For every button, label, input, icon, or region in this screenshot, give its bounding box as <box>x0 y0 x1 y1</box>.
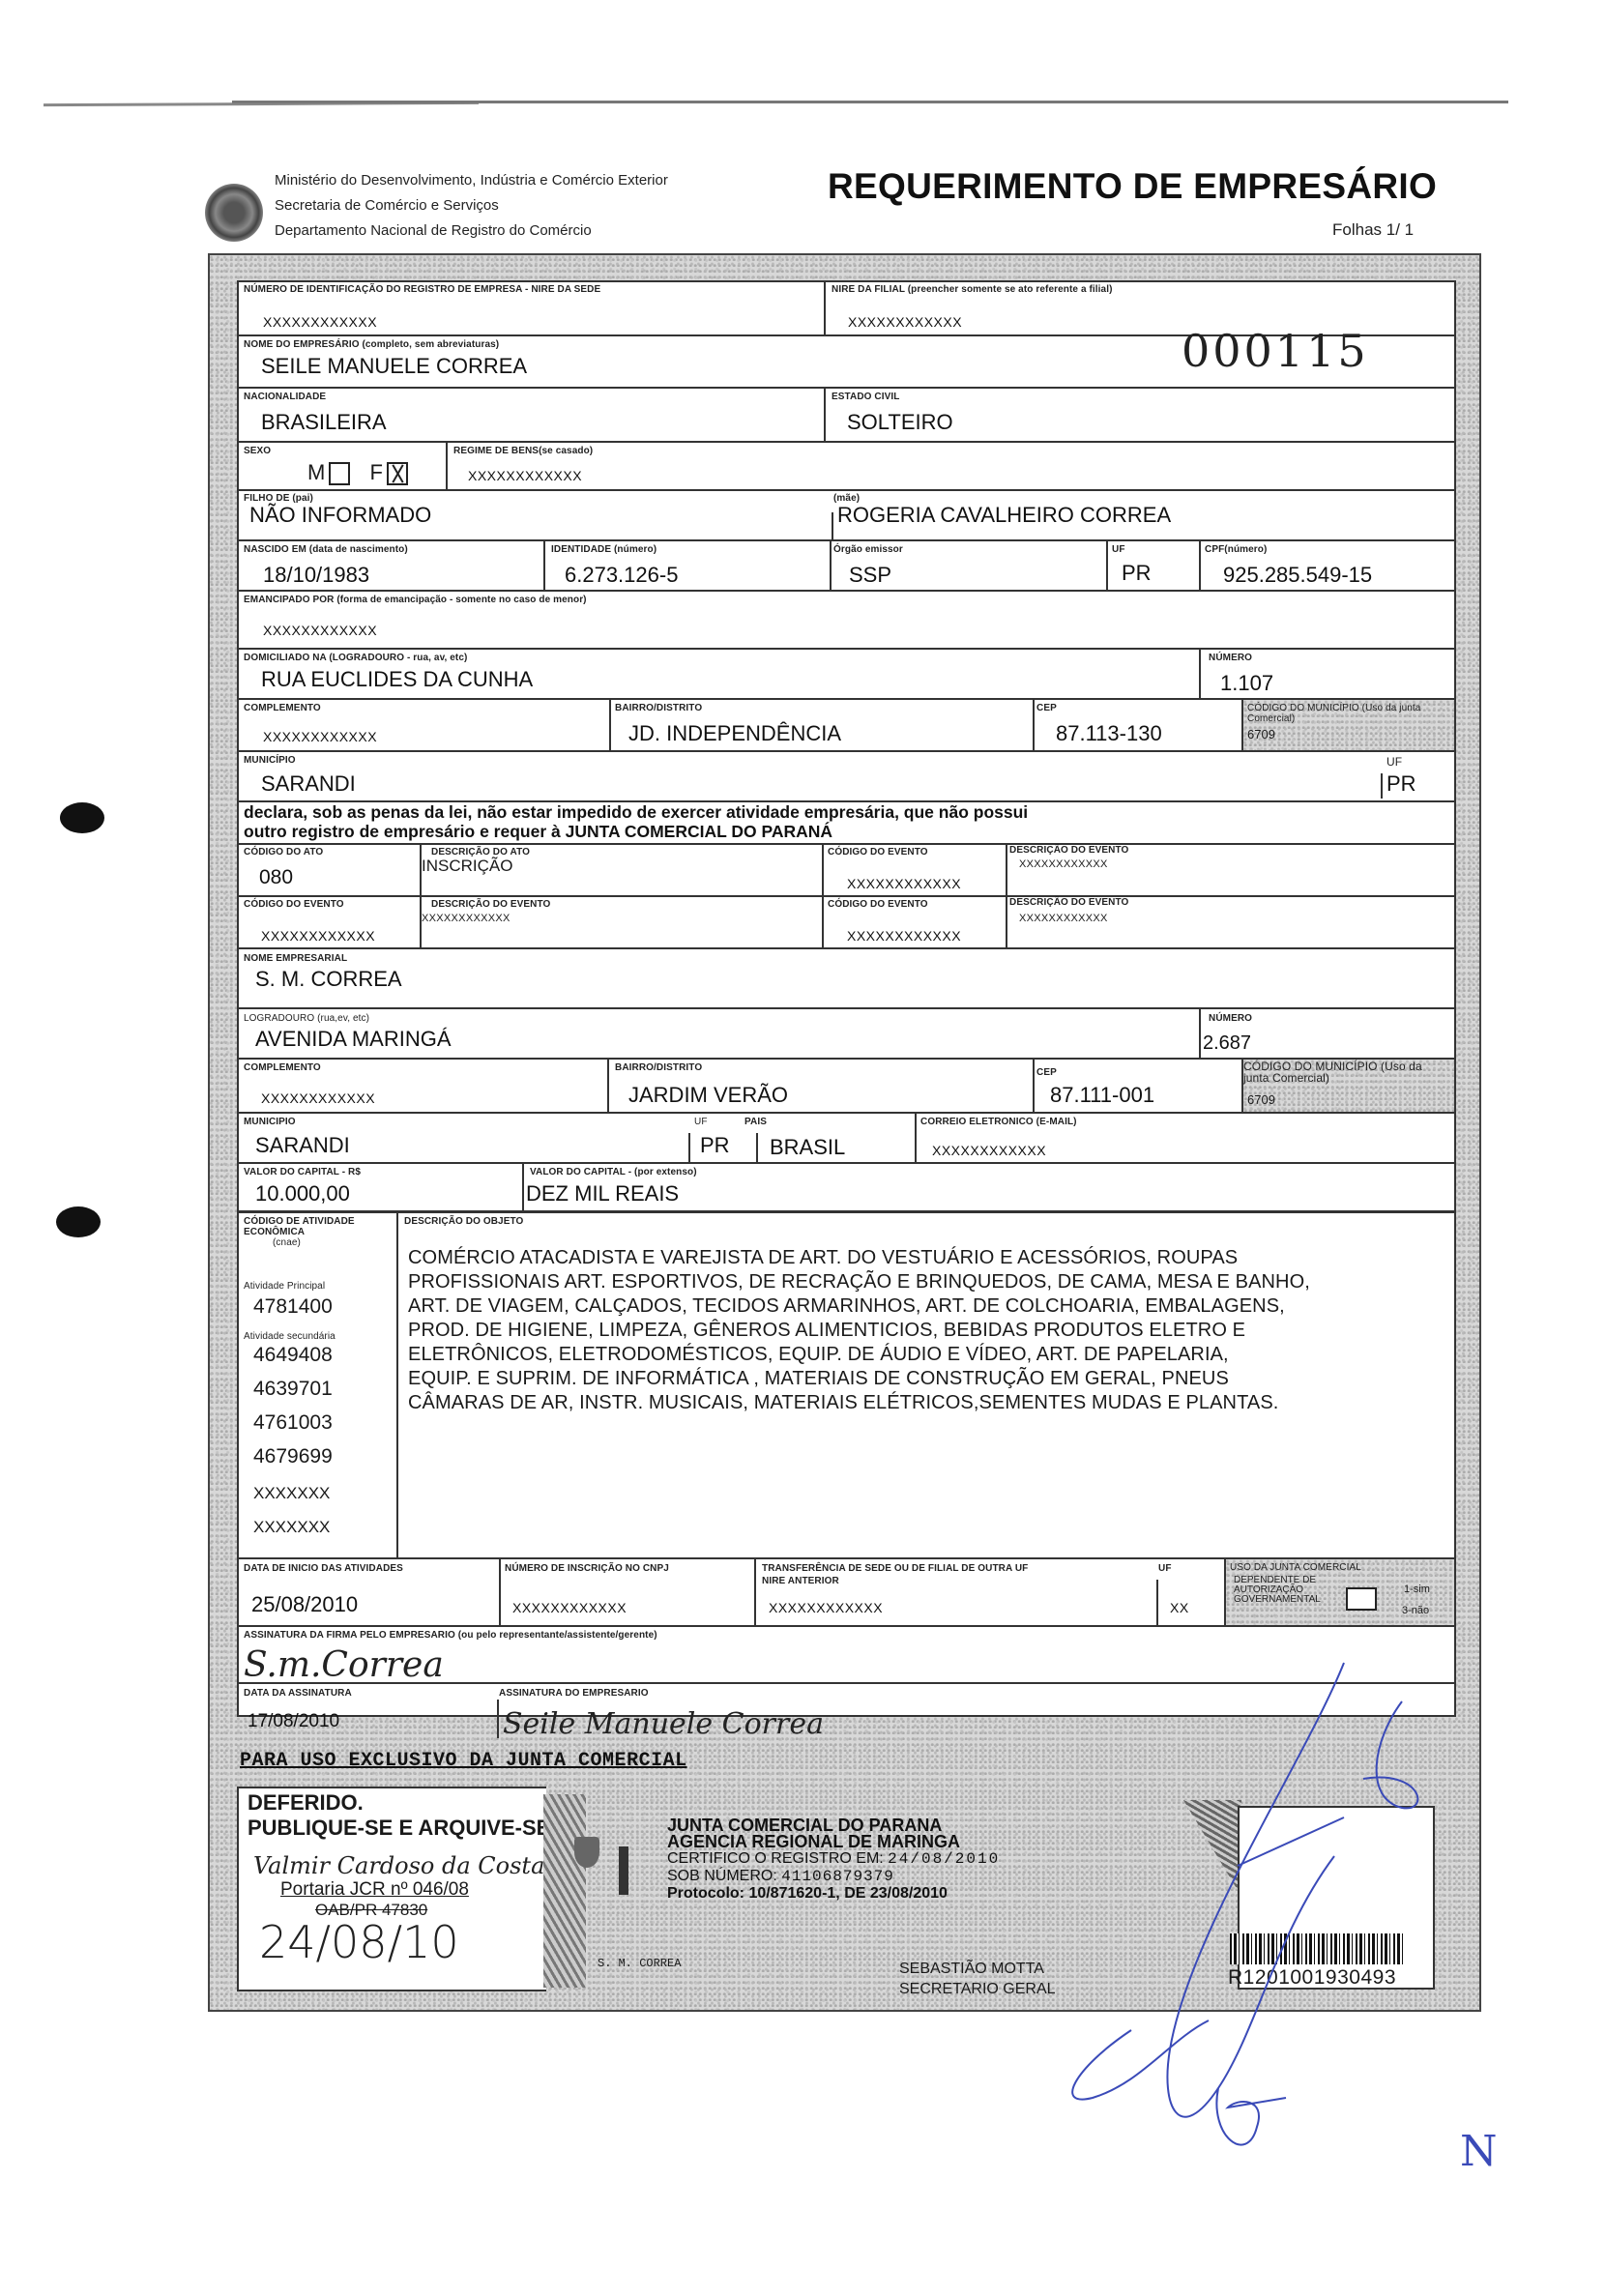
divider <box>607 1058 609 1112</box>
sexo-m-label: M <box>307 460 325 484</box>
divider <box>237 1112 1454 1114</box>
nascido-value: 18/10/1983 <box>263 563 369 588</box>
empresa-logradouro-value: AVENIDA MARINGÁ <box>255 1027 452 1052</box>
company-small: S. M. CORREA <box>598 1957 681 1970</box>
descricao-ato-value: INSCRIÇÃO <box>422 857 512 876</box>
certifico-label: CERTIFICO O REGISTRO EM: <box>667 1850 884 1867</box>
stamp-ornament-strip <box>543 1794 586 1988</box>
estado-civil-value: SOLTEIRO <box>847 410 953 435</box>
filho-pai-value: NÃO INFORMADO <box>249 503 431 528</box>
divider <box>824 280 826 334</box>
transferencia-label: TRANSFERÊNCIA DE SEDE OU DE FILIAL DE OU… <box>762 1563 1028 1574</box>
empresa-numero-value: 2.687 <box>1203 1032 1251 1055</box>
nire-filial-label: NIRE DA FILIAL (preencher somente se ato… <box>832 284 1113 295</box>
domicilio-logradouro-label: DOMICILIADO NA (LOGRADOURO - rua, av, et… <box>244 653 467 663</box>
scan-edge-line <box>232 101 1508 103</box>
divider <box>237 387 1454 389</box>
domicilio-cep-value: 87.113-130 <box>1056 721 1162 746</box>
domicilio-cod-municipio-value: 6709 <box>1247 727 1275 741</box>
protocolo: Protocolo: 10/871620-1, DE 23/08/2010 <box>667 1885 1000 1902</box>
deferido-text: DEFERIDO. <box>248 1790 364 1816</box>
transferencia-uf-label: UF <box>1158 1563 1172 1574</box>
nome-empresario-value: SEILE MANUELE CORREA <box>261 354 527 379</box>
cnpj-value: XXXXXXXXXXXX <box>512 1600 627 1615</box>
empresa-logradouro-label: LOGRADOURO (rua,ev, etc) <box>244 1013 369 1024</box>
divider <box>1033 1058 1035 1112</box>
cpf-label: CPF(número) <box>1205 544 1267 555</box>
uf-identidade-value: PR <box>1122 561 1152 586</box>
sob-numero-label: SOB NÚMERO: <box>667 1868 777 1884</box>
domicilio-numero-label: NÚMERO <box>1209 653 1252 663</box>
divider <box>237 895 1454 897</box>
divider <box>237 1162 1454 1164</box>
cpf-value: 925.285.549-15 <box>1223 563 1372 588</box>
evento-descricao-value: XXXXXXXXXXXX <box>422 913 511 924</box>
empresa-cod-municipio-value: 6709 <box>1247 1092 1275 1107</box>
divider <box>830 539 832 590</box>
empresa-cod-municipio-label: CÓDIGO DO MUNICÍPIO (Uso da junta Comerc… <box>1243 1061 1450 1084</box>
publique-text: PUBLIQUE-SE E ARQUIVE-SE. <box>248 1816 556 1841</box>
objeto-line: EQUIP. E SUPRIM. DE INFORMÁTICA , MATERI… <box>408 1368 1229 1390</box>
domicilio-municipio-value: SARANDI <box>261 771 356 797</box>
evento-codigo-label: CÓDIGO DO EVENTO <box>828 847 928 857</box>
empresa-cep-label: CEP <box>1036 1067 1057 1078</box>
sexo-f-checkbox[interactable] <box>387 462 408 485</box>
domicilio-bairro-value: JD. INDEPENDÊNCIA <box>628 721 841 746</box>
domicilio-municipio-label: MUNICÍPIO <box>244 755 296 766</box>
empresario-signature: Seile Manuele Correa <box>503 1707 824 1741</box>
empresa-pais-label: PAIS <box>744 1117 767 1127</box>
evento-descricao-value: XXXXXXXXXXXX <box>1019 913 1108 924</box>
declaration-line: outro registro de empresário e requer à … <box>244 822 1028 841</box>
divider <box>237 648 1454 650</box>
nire-sede-value: XXXXXXXXXXXX <box>263 314 377 330</box>
divider <box>756 1133 758 1162</box>
vertical-seal-label <box>619 1846 628 1895</box>
cnpj-label: NÚMERO DE INSCRIÇÃO NO CNPJ <box>505 1563 669 1574</box>
divider <box>1199 1007 1201 1058</box>
evento-descricao-label: DESCRIÇÃO DO EVENTO <box>1009 845 1128 856</box>
atividade-secundaria-value: 4761003 <box>253 1411 333 1435</box>
domicilio-bairro-label: BAIRRO/DISTRITO <box>615 703 702 713</box>
empresa-email-label: CORREIO ELETRONICO (E-MAIL) <box>920 1117 1077 1127</box>
junta-banner: PARA USO EXCLUSIVO DA JUNTA COMERCIAL <box>240 1750 687 1772</box>
divider <box>1381 773 1383 799</box>
sob-numero-value: 41106879379 <box>781 1868 894 1885</box>
identidade-value: 6.273.126-5 <box>565 563 678 588</box>
punch-hole <box>56 1206 101 1237</box>
portaria-text: Portaria JCR nº 046/08 <box>280 1879 469 1901</box>
capital-value: 10.000,00 <box>255 1181 350 1206</box>
nire-filial-value: XXXXXXXXXXXX <box>848 314 962 330</box>
ministry-line: Departamento Nacional de Registro do Com… <box>275 218 668 244</box>
uf-identidade-label: UF <box>1112 544 1125 555</box>
atividade-secundaria-value: 4679699 <box>253 1445 333 1468</box>
nire-anterior-label: NIRE ANTERIOR <box>762 1576 839 1586</box>
domicilio-logradouro-value: RUA EUCLIDES DA CUNHA <box>261 667 533 692</box>
domicilio-cod-municipio-label: CÓDIGO DO MUNICÍPIO (Uso da junta Comerc… <box>1247 703 1441 724</box>
evento-codigo-label: CÓDIGO DO EVENTO <box>244 899 344 910</box>
empresa-email-value: XXXXXXXXXXXX <box>932 1143 1046 1158</box>
certifico-date: 24/08/2010 <box>888 1850 1000 1868</box>
divider <box>1156 1580 1158 1625</box>
sexo-m-checkbox[interactable] <box>329 462 350 485</box>
divider <box>237 539 1454 541</box>
codigo-ato-value: 080 <box>259 866 293 889</box>
atividade-principal-value: 4781400 <box>253 1295 333 1319</box>
junta-certificate: JUNTA COMERCIAL DO PARANA AGENCIA REGION… <box>667 1817 1000 1902</box>
emancipado-value: XXXXXXXXXXXX <box>263 623 377 638</box>
divider <box>1199 539 1201 590</box>
handwritten-date: 24/08/10 <box>259 1916 459 1968</box>
divider <box>754 1557 756 1625</box>
capital-label: VALOR DO CAPITAL - R$ <box>244 1167 361 1177</box>
orgao-emissor-label: Órgão emissor <box>833 544 903 555</box>
regime-bens-value: XXXXXXXXXXXX <box>468 468 582 483</box>
empresa-complemento-label: COMPLEMENTO <box>244 1062 321 1073</box>
uso-junta-label: USO DA JUNTA COMERCIAL <box>1230 1562 1361 1573</box>
transferencia-value: XXXXXXXXXXXX <box>769 1600 883 1615</box>
firma-signature: S.m.Correa <box>244 1645 444 1685</box>
option-sim: 1-sim <box>1404 1584 1430 1595</box>
sexo-f-label: F <box>369 460 382 484</box>
declaration: declara, sob as penas da lei, não estar … <box>244 802 1028 841</box>
identidade-label: IDENTIDADE (número) <box>551 544 657 555</box>
data-inicio-label: DATA DE INICIO DAS ATIVIDADES <box>244 1563 403 1574</box>
coat-of-arms-icon <box>205 184 263 242</box>
domicilio-uf-value: PR <box>1386 771 1416 797</box>
nacionalidade-value: BRASILEIRA <box>261 410 387 435</box>
divider <box>396 1213 398 1557</box>
objeto-line: ELETRÔNICOS, ELETRODOMÉSTICOS, EQUIP. DE… <box>408 1344 1229 1366</box>
objeto-line: ART. DE VIAGEM, CALÇADOS, TECIDOS ARMARI… <box>408 1295 1285 1318</box>
empresa-municipio-label: MUNICIPIO <box>244 1117 296 1127</box>
sexo-options: M F <box>307 460 408 485</box>
divider <box>237 1210 1454 1213</box>
evento-codigo-value: XXXXXXXXXXXX <box>847 928 961 944</box>
divider <box>237 590 1454 592</box>
divider <box>1199 648 1201 698</box>
cnae-label-line: (cnae) <box>244 1237 355 1248</box>
empresa-complemento-value: XXXXXXXXXXXX <box>261 1090 375 1106</box>
divider <box>824 387 826 441</box>
empresa-cep-value: 87.111-001 <box>1050 1083 1154 1108</box>
nome-empresarial-value: S. M. CORREA <box>255 967 402 992</box>
emancipado-label: EMANCIPADO POR (forma de emancipação - s… <box>244 595 587 605</box>
empresa-uf-label: UF <box>694 1117 708 1127</box>
cnae-label-line: CÓDIGO DE ATIVIDADE <box>244 1216 355 1227</box>
atividade-secundaria-value: XXXXXXX <box>253 1518 330 1537</box>
divider <box>832 512 833 539</box>
divider <box>446 441 448 489</box>
divider <box>497 1700 499 1738</box>
objeto-line: COMÉRCIO ATACADISTA E VAREJISTA DE ART. … <box>408 1247 1238 1269</box>
nire-sede-label: NÚMERO DE IDENTIFICAÇÃO DO REGISTRO DE E… <box>244 284 600 295</box>
atividade-secundaria-value: 4639701 <box>253 1378 333 1401</box>
capital-extenso-label: VALOR DO CAPITAL - (por extenso) <box>530 1167 697 1177</box>
ministry-header: Ministério do Desenvolvimento, Indústria… <box>275 168 668 244</box>
folhas-counter: Folhas 1/ 1 <box>1332 220 1414 240</box>
divider <box>915 1112 917 1162</box>
stamp-number: 000115 <box>1182 325 1369 377</box>
empresa-bairro-value: JARDIM VERÃO <box>628 1083 788 1108</box>
divider <box>499 1557 501 1625</box>
evento-descricao-label: DESCRIÇÃO DO EVENTO <box>431 899 550 910</box>
evento-descricao-value: XXXXXXXXXXXX <box>1019 858 1108 870</box>
divider <box>237 441 1454 443</box>
nome-empresario-label: NOME DO EMPRESÁRIO (completo, sem abrevi… <box>244 339 499 350</box>
domicilio-numero-value: 1.107 <box>1220 671 1273 696</box>
divider <box>1106 539 1108 590</box>
parana-shield-icon <box>574 1837 599 1868</box>
objeto-line: CÂMARAS DE AR, INSTR. MUSICAIS, MATERIAI… <box>408 1392 1278 1414</box>
page-title: REQUERIMENTO DE EMPRESÁRIO <box>828 166 1437 207</box>
divider <box>609 698 611 750</box>
objeto-line: PROFISSIONAIS ART. ESPORTIVOS, DE RECRAÇ… <box>408 1271 1310 1293</box>
punch-hole <box>60 802 104 833</box>
firma-label: ASSINATURA DA FIRMA PELO EMPRESARIO (ou … <box>244 1630 657 1641</box>
objeto-label: DESCRIÇÃO DO OBJETO <box>404 1216 523 1227</box>
margin-handwritten-mark: N <box>1460 2127 1498 2176</box>
junta-agencia: AGENCIA REGIONAL DE MARINGA <box>667 1834 1000 1850</box>
empresa-bairro-label: BAIRRO/DISTRITO <box>615 1062 702 1073</box>
atividade-secundaria-value: XXXXXXX <box>253 1484 330 1503</box>
dependente-checkbox[interactable] <box>1346 1587 1377 1611</box>
mae-value: ROGERIA CAVALHEIRO CORREA <box>837 503 1171 528</box>
divider <box>237 1625 1454 1627</box>
domicilio-cep-label: CEP <box>1036 703 1057 713</box>
atividade-principal-label: Atividade Principal <box>244 1281 325 1292</box>
nacionalidade-label: NACIONALIDADE <box>244 392 326 402</box>
evento-codigo-value: XXXXXXXXXXXX <box>261 928 375 944</box>
cnae-label: CÓDIGO DE ATIVIDADE ECONÔMICA (cnae) <box>244 1216 355 1248</box>
empresa-pais-value: BRASIL <box>770 1135 845 1160</box>
nome-empresarial-label: NOME EMPRESARIAL <box>244 953 347 964</box>
regime-bens-label: REGIME DE BENS(se casado) <box>453 446 593 456</box>
dependente-line: GOVERNAMENTAL <box>1234 1595 1321 1605</box>
data-inicio-value: 25/08/2010 <box>251 1592 358 1617</box>
atividade-secundaria-value: 4649408 <box>253 1344 333 1367</box>
divider <box>688 1133 690 1162</box>
evento-codigo-value: XXXXXXXXXXXX <box>847 876 961 891</box>
capital-extenso-value: DEZ MIL REAIS <box>526 1181 679 1206</box>
data-assinatura-value: 17/08/2010 <box>248 1711 339 1732</box>
empresa-municipio-value: SARANDI <box>255 1133 350 1158</box>
divider <box>522 1162 524 1210</box>
atividade-secundaria-label: Atividade secundária <box>244 1331 336 1342</box>
empresa-uf-value: PR <box>700 1133 730 1158</box>
divider <box>237 947 1454 949</box>
domicilio-uf-label: UF <box>1386 755 1402 769</box>
divider <box>237 750 1454 752</box>
codigo-ato-label: CÓDIGO DO ATO <box>244 847 323 857</box>
data-assinatura-label: DATA DA ASSINATURA <box>244 1688 352 1699</box>
divider <box>237 489 1454 491</box>
evento-codigo-label: CÓDIGO DO EVENTO <box>828 899 928 910</box>
dependente-label: DEPENDENTE DE AUTORIZAÇÃO GOVERNAMENTAL <box>1234 1576 1321 1605</box>
sexo-label: SEXO <box>244 446 271 456</box>
assinatura-empresario-label: ASSINATURA DO EMPRESARIO <box>499 1688 649 1699</box>
domicilio-complemento-label: COMPLEMENTO <box>244 703 321 713</box>
option-nao: 3-não <box>1402 1605 1429 1616</box>
nascido-label: NASCIDO EM (data de nascimento) <box>244 544 408 555</box>
objeto-line: PROD. DE HIGIENE, LIMPEZA, GÊNEROS ALIME… <box>408 1320 1245 1342</box>
ministry-line: Secretaria de Comércio e Serviços <box>275 193 668 218</box>
divider <box>237 1007 1454 1009</box>
orgao-emissor-value: SSP <box>849 563 891 588</box>
cnae-label-line: ECONÔMICA <box>244 1227 355 1237</box>
declaration-line: declara, sob as penas da lei, não estar … <box>244 802 1028 822</box>
estado-civil-label: ESTADO CIVIL <box>832 392 899 402</box>
empresa-numero-label: NÚMERO <box>1209 1013 1252 1024</box>
divider <box>543 539 545 590</box>
deferido-signer-name: Valmir Cardoso da Costa <box>253 1852 544 1879</box>
domicilio-complemento-value: XXXXXXXXXXXX <box>263 729 377 744</box>
divider <box>1033 698 1035 750</box>
ministry-line: Ministério do Desenvolvimento, Indústria… <box>275 168 668 193</box>
evento-descricao-label: DESCRIÇÃO DO EVENTO <box>1009 897 1128 908</box>
transferencia-uf-value: XX <box>1170 1600 1189 1615</box>
